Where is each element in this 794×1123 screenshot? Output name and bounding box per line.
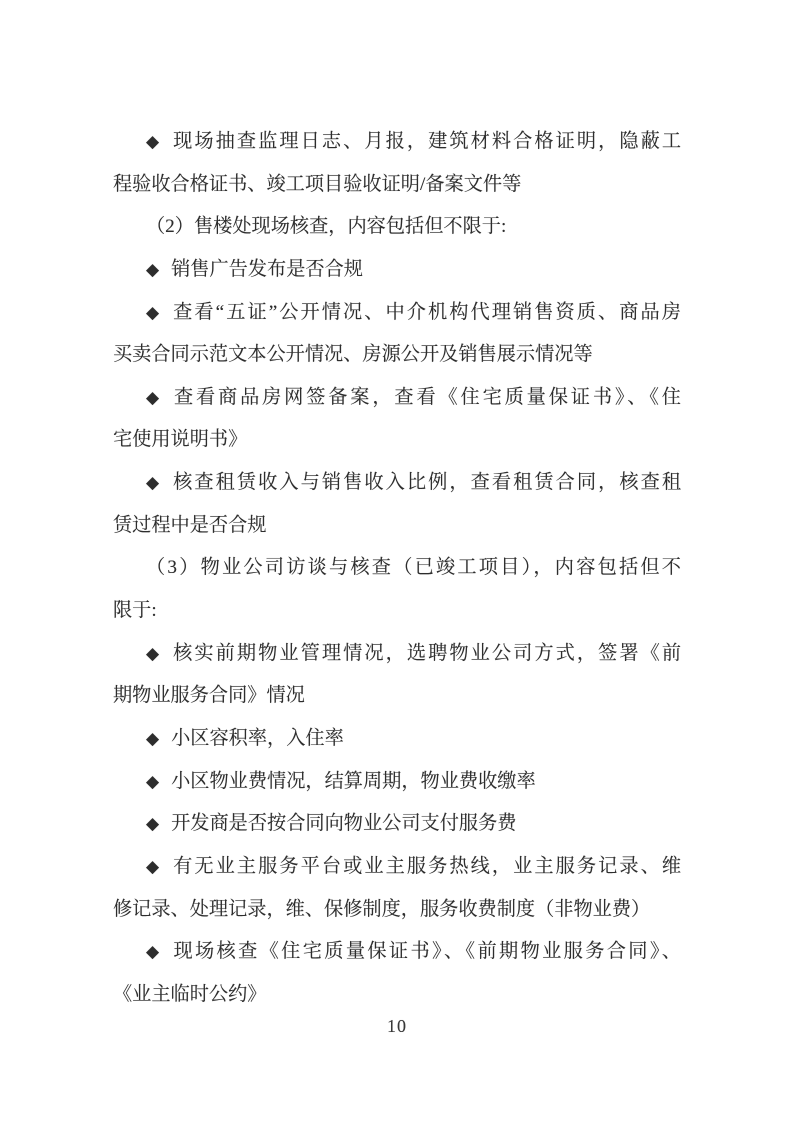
bullet-diamond-icon: ◆ — [146, 473, 161, 493]
line-text: 核实前期物业管理情况，选聘物业公司方式，签署《前 — [173, 643, 681, 664]
line-text: 有无业主服务平台或业主服务热线，业主服务记录、维 — [173, 856, 681, 877]
bullet-diamond-icon: ◆ — [146, 644, 161, 664]
line-text: 现场核查《住宅质量保证书》、《前期物业服务合同》、 — [173, 941, 681, 962]
bullet-diamond-icon: ◆ — [146, 857, 161, 877]
text-line: 赁过程中是否合规 — [113, 505, 681, 548]
line-text: 小区容积率，入住率 — [171, 728, 344, 749]
line-text: （2）售楼处现场核查，内容包括但不限于: — [146, 216, 506, 237]
bullet-diamond-icon: ◆ — [146, 942, 161, 962]
line-text: 赁过程中是否合规 — [113, 515, 267, 536]
text-line: （2）售楼处现场核查，内容包括但不限于: — [113, 206, 681, 249]
line-text: 小区物业费情况，结算周期，物业费收缴率 — [171, 771, 536, 792]
text-line: ◆有无业主服务平台或业主服务热线，业主服务记录、维 — [113, 846, 681, 889]
line-text: 限于: — [113, 600, 157, 621]
bullet-diamond-icon: ◆ — [146, 729, 159, 749]
line-text: 宅使用说明书》 — [113, 429, 247, 450]
bullet-diamond-icon: ◆ — [146, 772, 159, 792]
text-line: ◆核实前期物业管理情况，选聘物业公司方式，签署《前 — [113, 633, 681, 676]
page-number: 10 — [0, 1016, 794, 1037]
line-text: 修记录、处理记录，维、保修制度，服务收费制度（非物业费） — [113, 899, 650, 920]
text-line: ◆核查租赁收入与销售收入比例，查看租赁合同，核查租 — [113, 462, 681, 505]
line-text: 查看“五证”公开情况、中介机构代理销售资质、商品房 — [173, 302, 681, 323]
line-text: （3）物业公司访谈与核查（已竣工项目），内容包括但不 — [146, 557, 681, 578]
text-line: 《业主临时公约》 — [113, 974, 681, 1017]
line-text: 开发商是否按合同向物业公司支付服务费 — [171, 813, 516, 834]
text-line: 限于: — [113, 590, 681, 633]
bullet-diamond-icon: ◆ — [146, 814, 159, 834]
text-line: ◆开发商是否按合同向物业公司支付服务费 — [113, 803, 681, 846]
text-line: 宅使用说明书》 — [113, 419, 681, 462]
line-text: 核查租赁收入与销售收入比例，查看租赁合同，核查租 — [173, 472, 681, 493]
text-line: 程验收合格证书、竣工项目验收证明/备案文件等 — [113, 164, 681, 207]
line-text: 查看商品房网签备案，查看《住宅质量保证书》、《住 — [174, 387, 681, 408]
text-line: ◆查看商品房网签备案，查看《住宅质量保证书》、《住 — [113, 377, 681, 420]
document-page: ◆现场抽查监理日志、月报，建筑材料合格证明，隐蔽工 程验收合格证书、竣工项目验收… — [0, 0, 794, 1123]
text-line: （3）物业公司访谈与核查（已竣工项目），内容包括但不 — [113, 547, 681, 590]
text-line: ◆小区物业费情况，结算周期，物业费收缴率 — [113, 761, 681, 804]
text-line: 修记录、处理记录，维、保修制度，服务收费制度（非物业费） — [113, 889, 681, 932]
text-line: 买卖合同示范文本公开情况、房源公开及销售展示情况等 — [113, 334, 681, 377]
bullet-diamond-icon: ◆ — [146, 388, 162, 408]
document-body: ◆现场抽查监理日志、月报，建筑材料合格证明，隐蔽工 程验收合格证书、竣工项目验收… — [113, 121, 681, 1016]
line-text: 期物业服务合同》情况 — [113, 685, 305, 706]
line-text: 现场抽查监理日志、月报，建筑材料合格证明，隐蔽工 — [173, 131, 681, 152]
text-line: ◆销售广告发布是否合规 — [113, 249, 681, 292]
text-line: ◆现场核查《住宅质量保证书》、《前期物业服务合同》、 — [113, 931, 681, 974]
line-text: 程验收合格证书、竣工项目验收证明/备案文件等 — [113, 174, 521, 195]
text-line: ◆现场抽查监理日志、月报，建筑材料合格证明，隐蔽工 — [113, 121, 681, 164]
bullet-diamond-icon: ◆ — [146, 132, 161, 152]
line-text: 《业主临时公约》 — [113, 984, 267, 1005]
text-line: ◆查看“五证”公开情况、中介机构代理销售资质、商品房 — [113, 292, 681, 335]
text-line: ◆小区容积率，入住率 — [113, 718, 681, 761]
text-line: 期物业服务合同》情况 — [113, 675, 681, 718]
line-text: 销售广告发布是否合规 — [171, 259, 363, 280]
line-text: 买卖合同示范文本公开情况、房源公开及销售展示情况等 — [113, 344, 593, 365]
bullet-diamond-icon: ◆ — [146, 260, 159, 280]
bullet-diamond-icon: ◆ — [146, 303, 161, 323]
